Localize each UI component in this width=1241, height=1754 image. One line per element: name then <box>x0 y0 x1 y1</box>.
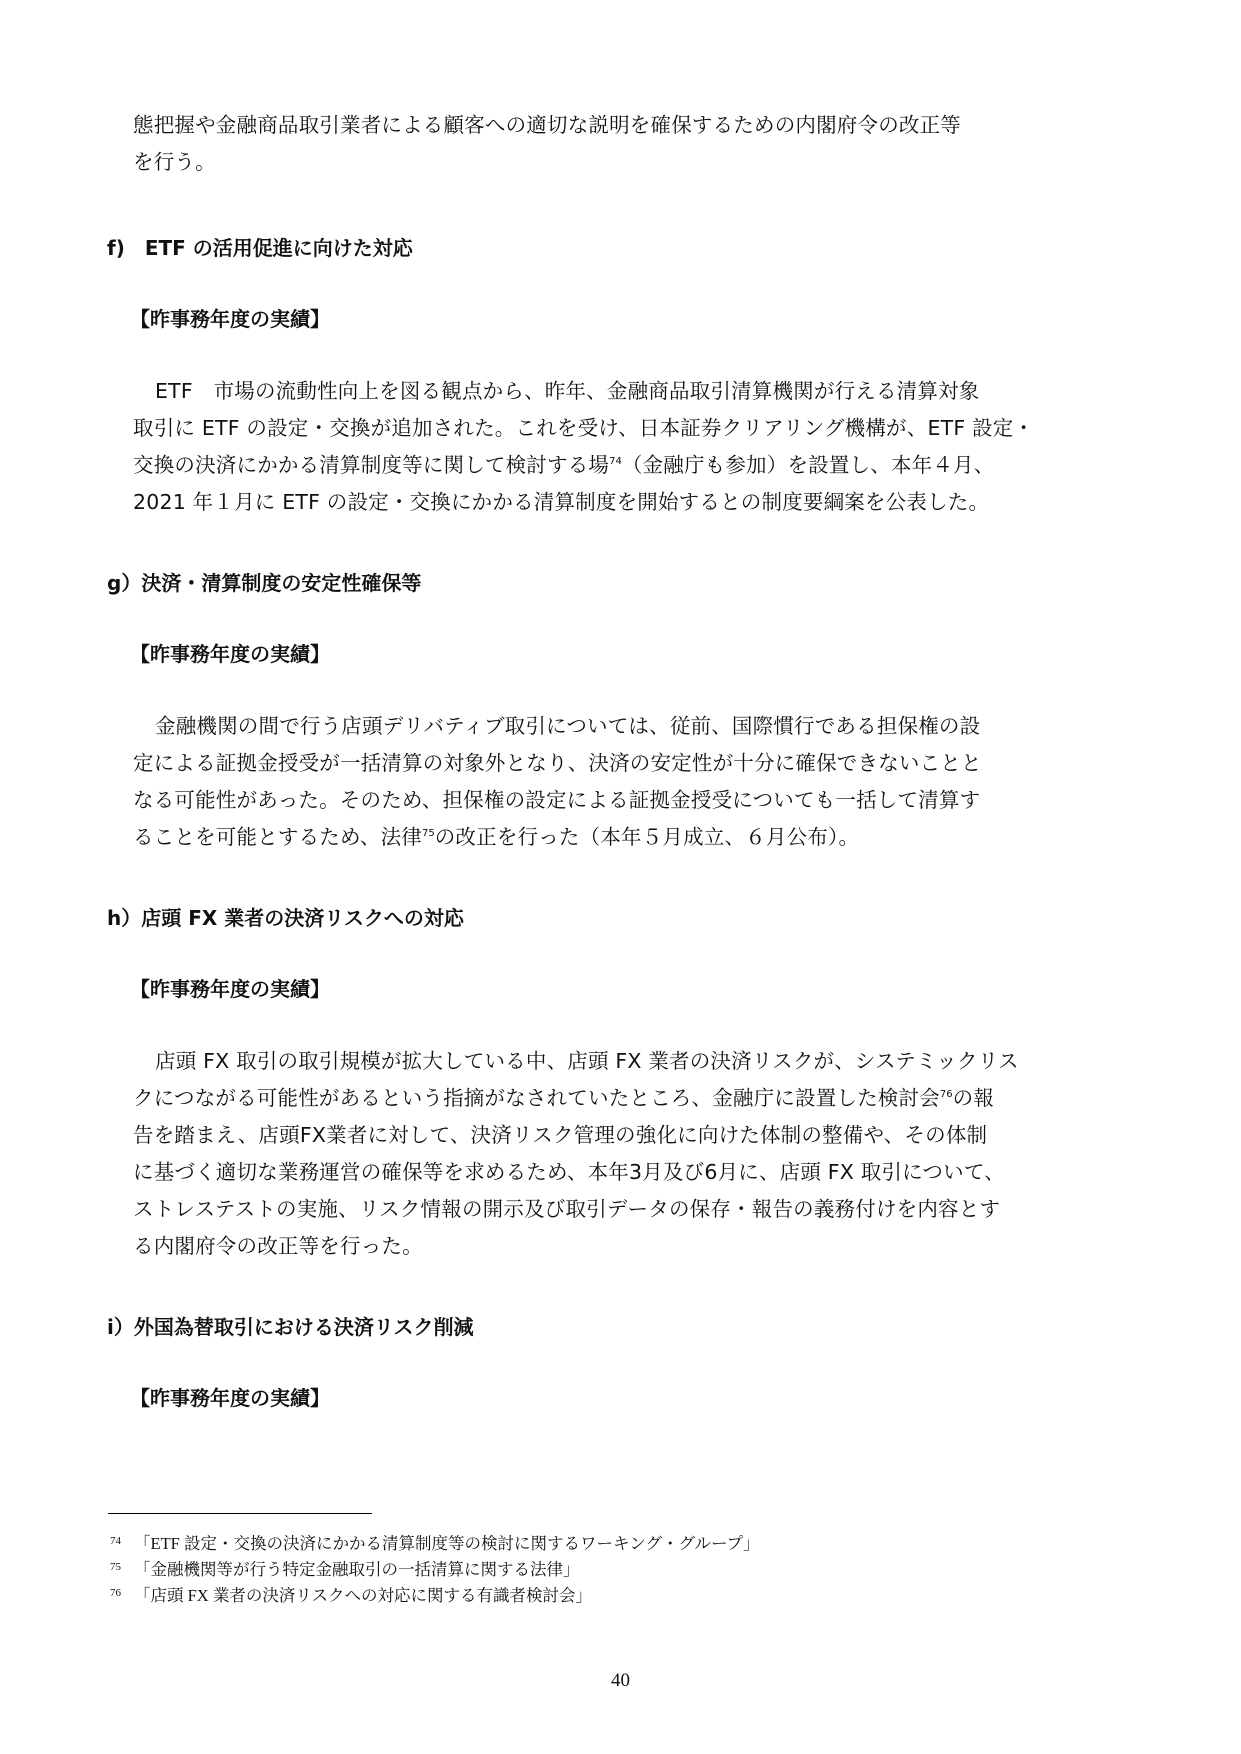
paragraph-line: なる可能性があった。そのため、担保権の設定による証拠金授受についても一括して清算… <box>133 783 980 813</box>
paragraph-text: の報 <box>953 1086 994 1110</box>
paragraph-text: （金融庁も参加）を設置し、本年４月、 <box>622 453 995 477</box>
section-subheading-i: 【昨事務年度の実績】 <box>130 1382 330 1411</box>
paragraph-text: の改正を行った（本年５月成立、６月公布）。 <box>435 825 859 849</box>
section-heading-h: h）店頭 FX 業者の決済リスクへの対応 <box>107 902 464 931</box>
paragraph-line: 金融機関の間で行う店頭デリバティブ取引については、従前、国際慣行である担保権の設 <box>133 709 980 739</box>
paragraph-text: ることを可能とするため、法律 <box>133 825 422 849</box>
paragraph-line: る内閣府令の改正等を行った。 <box>133 1229 423 1259</box>
paragraph-text: 交換の決済にかかる清算制度等に関して検討する場 <box>133 453 609 477</box>
section-subheading-g: 【昨事務年度の実績】 <box>130 638 330 667</box>
paragraph-line: 店頭 FX 取引の取引規模が拡大している中、店頭 FX 業者の決済リスクが、シス… <box>133 1044 1019 1074</box>
document-page: 態把握や金融商品取引業者による顧客への適切な説明を確保するための内閣府令の改正等… <box>0 0 1241 1754</box>
paragraph-line: クにつながる可能性があるという指摘がなされていたところ、金融庁に設置した検討会7… <box>133 1081 994 1111</box>
paragraph-line: 取引に ETF の設定・交換が追加された。これを受け、日本証券クリアリング機構が… <box>133 411 1034 441</box>
footnote-ref-75[interactable]: 75 <box>422 828 435 839</box>
paragraph-line: ETF 市場の流動性向上を図る観点から、昨年、金融商品取引清算機関が行える清算対… <box>133 374 979 404</box>
footnote-divider <box>108 1513 372 1514</box>
paragraph-line: 告を踏まえ、店頭FX業者に対して、決済リスク管理の強化に向けた体制の整備や、その… <box>133 1118 987 1148</box>
section-heading-g: g）決済・清算制度の安定性確保等 <box>107 567 421 596</box>
paragraph-line: 交換の決済にかかる清算制度等に関して検討する場74（金融庁も参加）を設置し、本年… <box>133 448 994 478</box>
paragraph-line: ストレステストの実施、リスク情報の開示及び取引データの保存・報告の義務付けを内容… <box>133 1192 1000 1222</box>
page-number: 40 <box>0 1670 1241 1692</box>
footnote-75: 75「金融機関等が行う特定金融取引の一括清算に関する法律」 <box>110 1556 580 1580</box>
intro-line-2: を行う。 <box>133 145 216 175</box>
paragraph-line: 2021 年１月に ETF の設定・交換にかかる清算制度を開始するとの制度要綱案… <box>133 485 989 515</box>
paragraph-line: ることを可能とするため、法律75の改正を行った（本年５月成立、６月公布）。 <box>133 820 859 850</box>
paragraph-line: に基づく適切な業務運営の確保等を求めるため、本年3月及び6月に、店頭 FX 取引… <box>133 1155 1005 1185</box>
paragraph-text: クにつながる可能性があるという指摘がなされていたところ、金融庁に設置した検討会 <box>133 1086 940 1110</box>
footnote-text: 「金融機関等が行う特定金融取引の一括清算に関する法律」 <box>134 1560 580 1579</box>
footnote-76: 76「店頭 FX 業者の決済リスクへの対応に関する有識者検討会」 <box>110 1582 592 1606</box>
footnote-number: 74 <box>110 1535 134 1547</box>
footnote-ref-74[interactable]: 74 <box>609 456 622 467</box>
footnote-ref-76[interactable]: 76 <box>940 1089 953 1100</box>
section-heading-i: i）外国為替取引における決済リスク削減 <box>107 1311 473 1340</box>
section-subheading-f: 【昨事務年度の実績】 <box>130 303 330 332</box>
footnote-text: 「ETF 設定・交換の決済にかかる清算制度等の検討に関するワーキング・グループ」 <box>134 1534 760 1553</box>
intro-line-1: 態把握や金融商品取引業者による顧客への適切な説明を確保するための内閣府令の改正等 <box>133 108 961 138</box>
footnote-74: 74「ETF 設定・交換の決済にかかる清算制度等の検討に関するワーキング・グルー… <box>110 1530 760 1554</box>
paragraph-line: 定による証拠金授受が一括清算の対象外となり、決済の安定性が十分に確保できないこと… <box>133 746 982 776</box>
footnote-number: 76 <box>110 1587 134 1599</box>
section-subheading-h: 【昨事務年度の実績】 <box>130 973 330 1002</box>
footnote-text: 「店頭 FX 業者の決済リスクへの対応に関する有識者検討会」 <box>134 1586 592 1605</box>
footnote-number: 75 <box>110 1561 134 1573</box>
section-heading-f: f) ETF の活用促進に向けた対応 <box>107 232 413 261</box>
